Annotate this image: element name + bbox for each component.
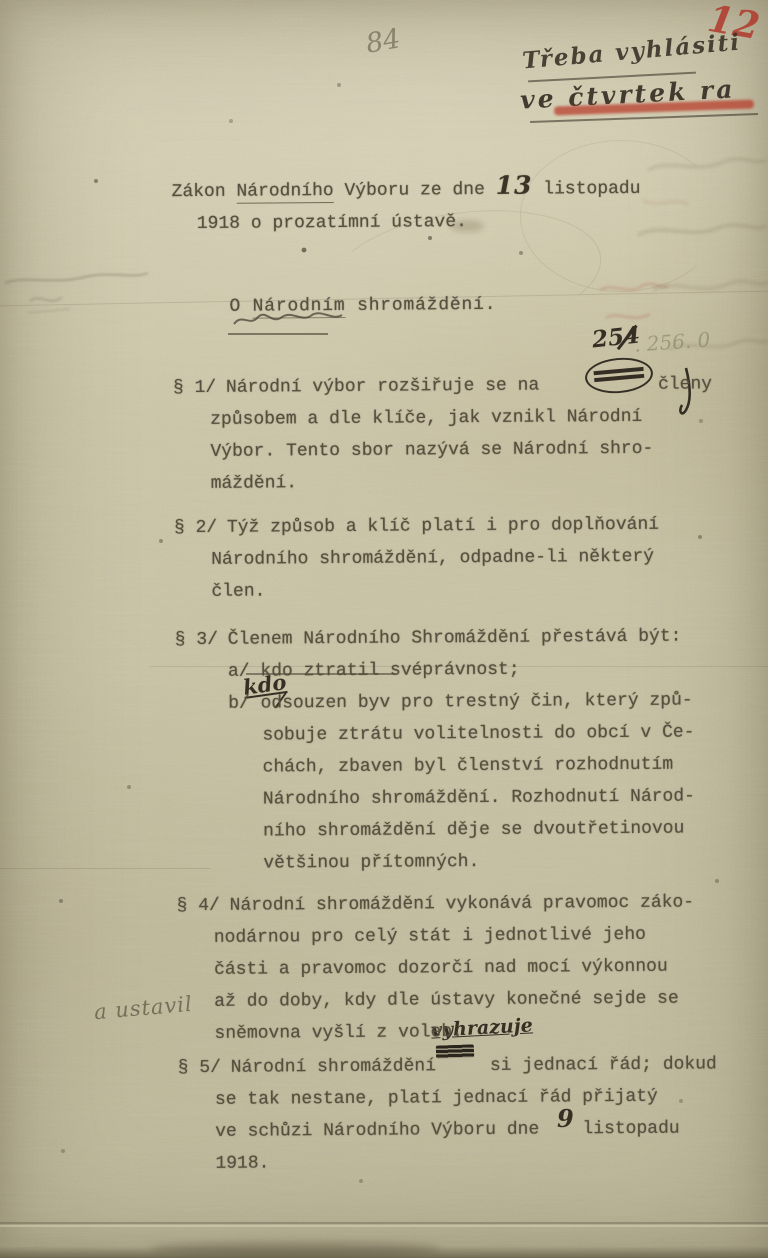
title-part-2: Výboru ze dne [334, 180, 496, 201]
typed-line: sněmovna vyšlí z voleb. [214, 1014, 754, 1050]
section-marker: § 5/ [178, 1052, 221, 1084]
typed-line: způsobem a dle klíče, jak vznikl Národní [210, 400, 750, 436]
horizontal-crease [0, 868, 210, 869]
margin-pencil-note: a ustavil [93, 992, 193, 1025]
typed-line: ve schůzi Národního Výboru dne listopadu [215, 1112, 755, 1148]
pencil-initials: 84 [364, 23, 403, 59]
typed-line: b/ odsouzen byv pro trestný čin, který z… [212, 684, 752, 720]
typed-line: až do doby, kdy dle ústavy konečné sejde… [214, 982, 754, 1018]
typed-line: Národní výbor rozšiřuje se na členy [210, 368, 750, 404]
typed-line: Členem Národního Shromáždění přestává bý… [212, 620, 752, 656]
paragraphs: § 1/Národní výbor rozšiřuje se na členyz… [210, 368, 756, 1180]
section-marker: § 3/ [175, 624, 218, 656]
fold-crease-highlight [0, 1225, 768, 1227]
typed-line: ního shromáždění děje se dvoutřetinovou [213, 812, 753, 848]
typed-line: Národního shromáždění. Rozhodnutí Národ- [213, 780, 753, 816]
paragraph-2: § 2/Týž způsob a klíč platí i pro doplňo… [211, 508, 752, 608]
typed-line: Národní shromáždění si jednací řád; doku… [215, 1048, 755, 1084]
typed-line: chách, zbaven byl členství rozhodnutím [213, 748, 753, 784]
announcement-note-line1: Třeba vyhlásiti [521, 28, 742, 74]
paragraph-1: § 1/Národní výbor rozšiřuje se na členyz… [210, 368, 751, 500]
typed-line: části a pravomoc dozorčí nad mocí výkonn… [214, 950, 754, 986]
fold-crease [0, 1222, 768, 1224]
typed-line: sobuje ztrátu volitelnosti do obcí v Če- [212, 716, 752, 752]
typed-document-text: Zákon Národního Výboru ze dne 13 listopa… [208, 168, 755, 1180]
section-heading: O Národním shromáždění. [229, 287, 749, 323]
section-marker: § 2/ [174, 512, 217, 544]
paragraph-5: § 5/Národní shromáždění si jednací řád; … [215, 1048, 756, 1180]
typed-line: máždění. [211, 464, 751, 500]
typed-line: 1918. [215, 1144, 755, 1180]
handwritten-date-13: 13 [496, 171, 533, 200]
heading-part-2: shromáždění. [345, 295, 496, 316]
page-bottom-shadow [0, 1246, 768, 1258]
title-part-3: listopadu [532, 179, 640, 200]
typed-line: člen. [211, 572, 751, 608]
typed-line: Národní shromáždění vykonává pravomoc zá… [214, 886, 754, 922]
document-page: 12 Třeba vyhlásiti ve čtvrtek ra 84 254 … [0, 0, 768, 1258]
margin-pencil-scribble [0, 255, 150, 345]
paragraph-4: § 4/Národní shromáždění vykonává pravomo… [214, 886, 755, 1050]
heading-part-1: O [229, 297, 252, 317]
section-marker: § 1/ [173, 372, 216, 404]
heading-underlined-word: Národním [253, 296, 346, 319]
document-title: Zákon Národního Výboru ze dne 13 listopa… [208, 168, 748, 240]
typed-line: Výbor. Tento sbor nazývá se Národní shro… [210, 432, 750, 468]
typed-line: většinou přítomných. [213, 844, 753, 880]
paragraph-3: § 3/Členem Národního Shromáždění přestáv… [212, 620, 754, 880]
title-part-1: Zákon [172, 182, 237, 202]
typed-line: Týž způsob a klíč platí i pro doplňování [211, 508, 751, 544]
typed-line: nodárnou pro celý stát i jednotlivé jeho [214, 918, 754, 954]
ink-specks [0, 0, 2, 2]
typed-line: a/ kdo ztratil svéprávnost; [212, 652, 752, 688]
typed-line: se tak nestane, platí jednací řád přijat… [215, 1080, 755, 1116]
title-underlined-word: Národního [236, 181, 333, 204]
title-line-1: Zákon Národního Výboru ze dne 13 listopa… [171, 168, 748, 208]
typed-line: Národního shromáždění, odpadne-li někter… [211, 540, 751, 576]
section-marker: § 4/ [177, 890, 220, 922]
title-line-2: 1918 o prozatímní ústavě. [197, 204, 749, 240]
